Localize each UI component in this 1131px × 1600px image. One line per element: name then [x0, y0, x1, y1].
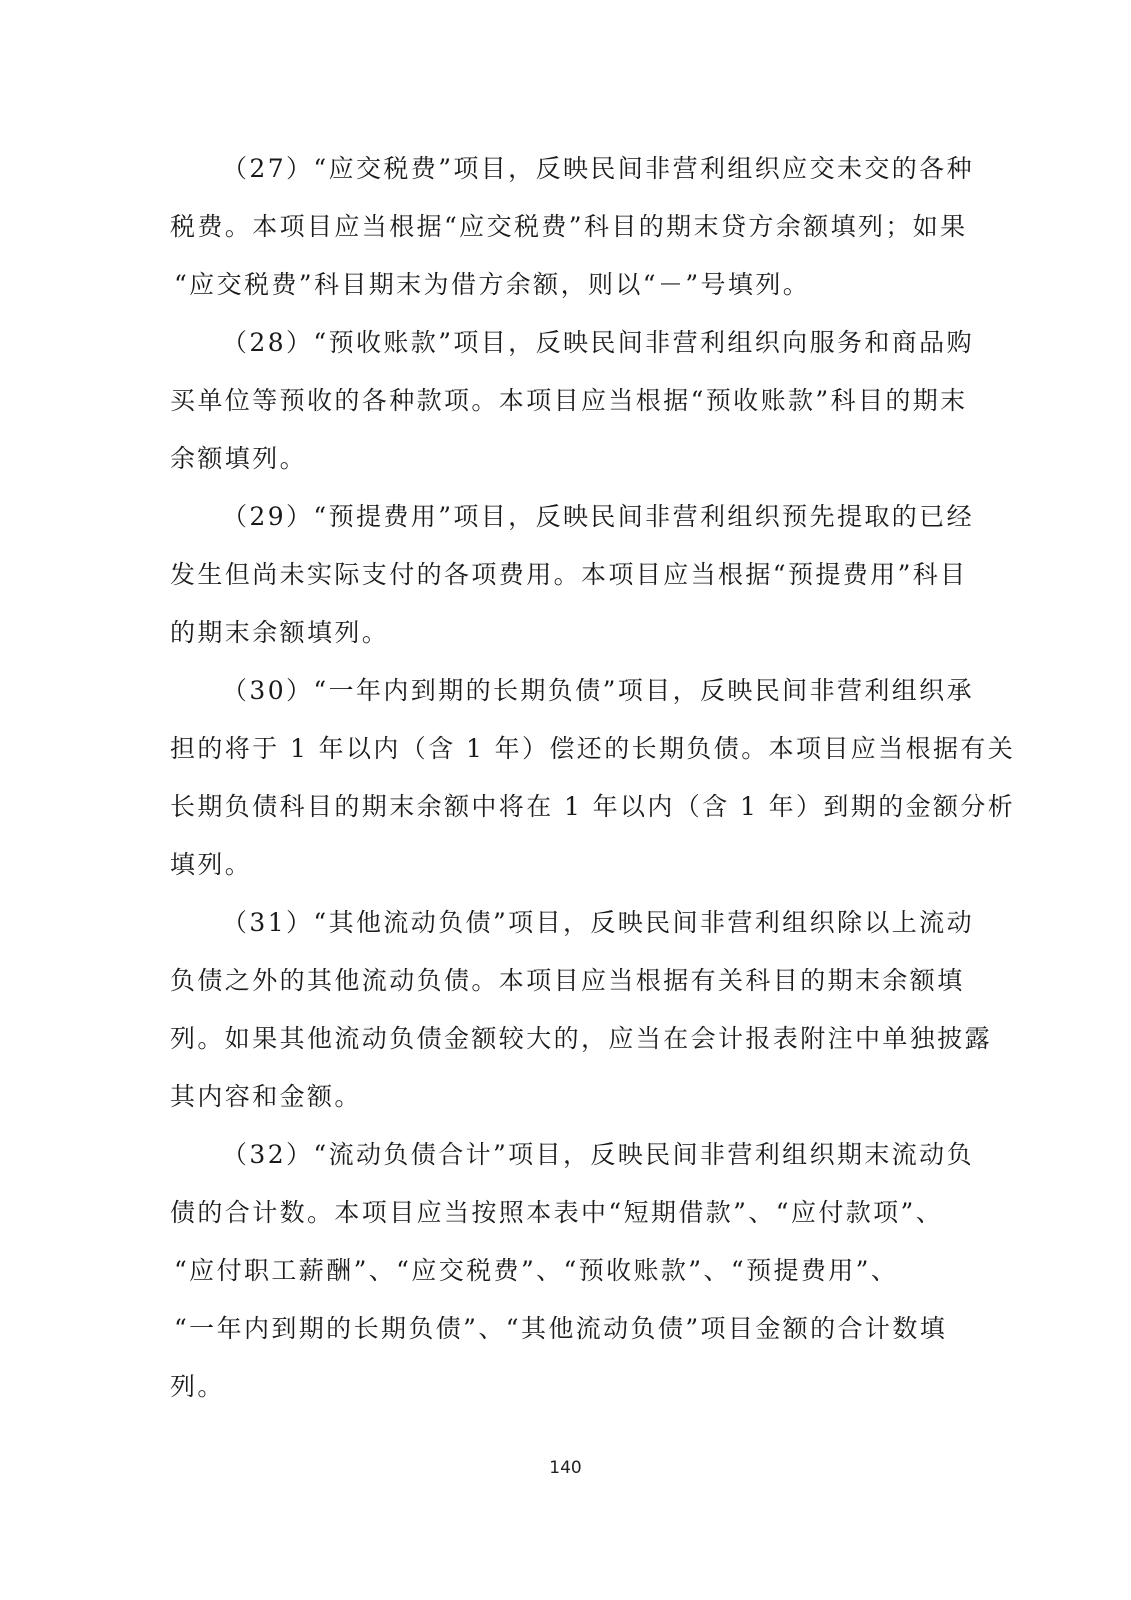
paragraph-line: 长期负债科目的期末余额中将在 1 年以内（含 1 年）到期的金额分析	[170, 778, 948, 836]
paragraph-30: （30）“一年内到期的长期负债”项目，反映民间非营利组织承 担的将于 1 年以内…	[170, 662, 948, 894]
paragraph-line: 填列。	[170, 836, 948, 894]
paragraph-line: 买单位等预收的各种款项。本项目应当根据“预收账款”科目的期末	[170, 372, 948, 430]
paragraph-line: 列。如果其他流动负债金额较大的，应当在会计报表附注中单独披露	[170, 1010, 948, 1068]
paragraph-line: 发生但尚未实际支付的各项费用。本项目应当根据“预提费用”科目	[170, 546, 948, 604]
paragraph-line: 担的将于 1 年以内（含 1 年）偿还的长期负债。本项目应当根据有关	[170, 720, 948, 778]
paragraph-line: 债的合计数。本项目应当按照本表中“短期借款”、“应付款项”、	[170, 1184, 948, 1242]
paragraph-28: （28）“预收账款”项目，反映民间非营利组织向服务和商品购 买单位等预收的各种款…	[170, 314, 948, 488]
paragraph-line: 的期末余额填列。	[170, 604, 948, 662]
paragraph-line: （29）“预提费用”项目，反映民间非营利组织预先提取的已经	[170, 488, 948, 546]
paragraph-31: （31）“其他流动负债”项目，反映民间非营利组织除以上流动 负债之外的其他流动负…	[170, 894, 948, 1126]
paragraph-line: “应交税费”科目期末为借方余额，则以“－”号填列。	[170, 256, 948, 314]
paragraph-line: （28）“预收账款”项目，反映民间非营利组织向服务和商品购	[170, 314, 948, 372]
paragraph-line: “一年内到期的长期负债”、“其他流动负债”项目金额的合计数填	[170, 1300, 948, 1358]
paragraph-line: 负债之外的其他流动负债。本项目应当根据有关科目的期末余额填	[170, 952, 948, 1010]
paragraph-line: （27）“应交税费”项目，反映民间非营利组织应交未交的各种	[170, 140, 948, 198]
paragraph-line: 余额填列。	[170, 430, 948, 488]
paragraph-line: 列。	[170, 1358, 948, 1416]
paragraph-line: （32）“流动负债合计”项目，反映民间非营利组织期末流动负	[170, 1126, 948, 1184]
paragraph-line: 其内容和金额。	[170, 1068, 948, 1126]
paragraph-27: （27）“应交税费”项目，反映民间非营利组织应交未交的各种 税费。本项目应当根据…	[170, 140, 948, 314]
document-page: （27）“应交税费”项目，反映民间非营利组织应交未交的各种 税费。本项目应当根据…	[0, 0, 1131, 1600]
paragraph-29: （29）“预提费用”项目，反映民间非营利组织预先提取的已经 发生但尚未实际支付的…	[170, 488, 948, 662]
page-number: 140	[0, 1458, 1131, 1478]
paragraph-32: （32）“流动负债合计”项目，反映民间非营利组织期末流动负 债的合计数。本项目应…	[170, 1126, 948, 1416]
paragraph-line: 税费。本项目应当根据“应交税费”科目的期末贷方余额填列；如果	[170, 198, 948, 256]
paragraph-line: （31）“其他流动负债”项目，反映民间非营利组织除以上流动	[170, 894, 948, 952]
document-body: （27）“应交税费”项目，反映民间非营利组织应交未交的各种 税费。本项目应当根据…	[170, 140, 948, 1416]
paragraph-line: “应付职工薪酬”、“应交税费”、“预收账款”、“预提费用”、	[170, 1242, 948, 1300]
paragraph-line: （30）“一年内到期的长期负债”项目，反映民间非营利组织承	[170, 662, 948, 720]
